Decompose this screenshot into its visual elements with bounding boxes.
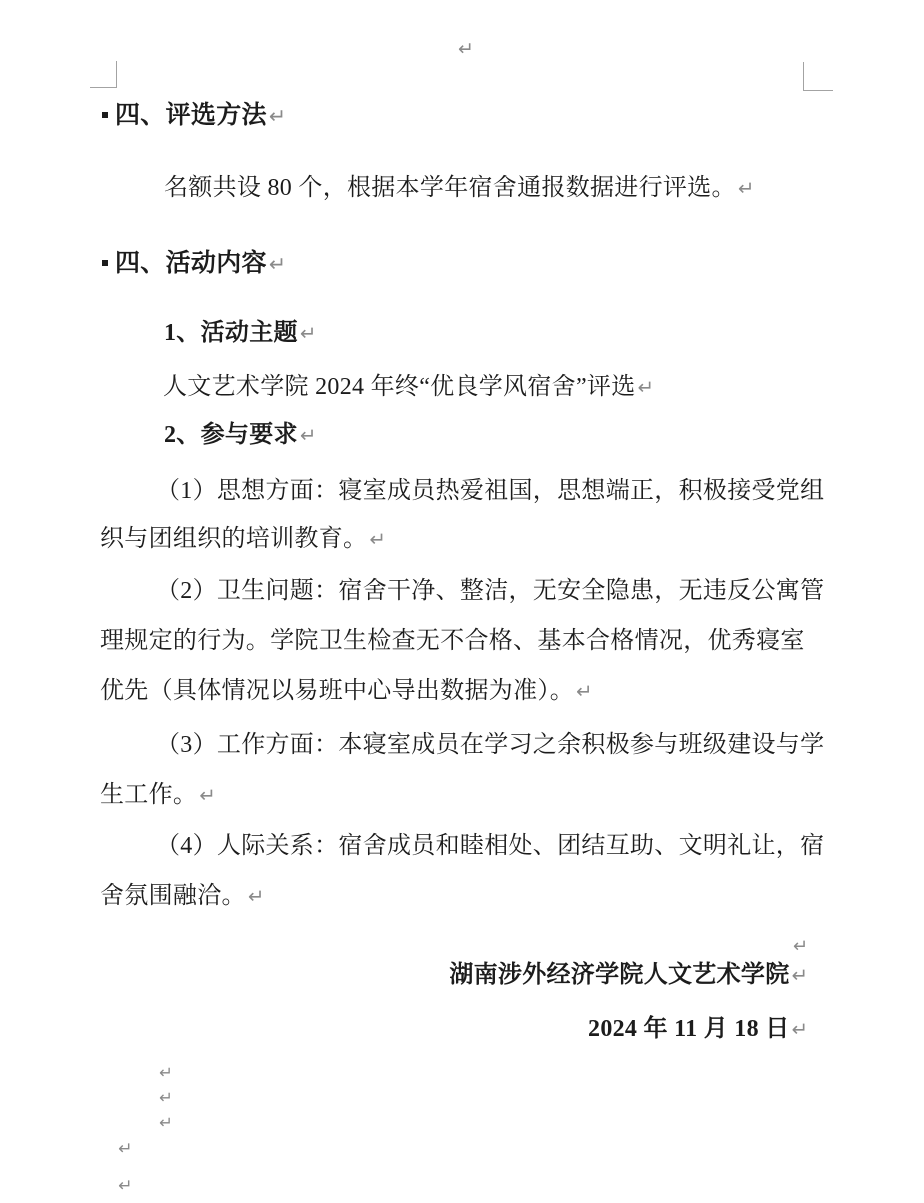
date-line: 2024 年 11 月 18 日↵ [588, 1017, 808, 1041]
empty-paragraph-4: ↵ [116, 1137, 132, 1158]
paragraph-mark-icon: ↵ [159, 1063, 173, 1082]
body-mingehongshe: 名额共设 80 个，根据本学年宿舍通报数据进行评选。↵ [164, 176, 754, 200]
line-text: （4）人际关系：宿舍成员和睦相处、团结互助、文明礼让，宿 [156, 833, 824, 859]
heading-pingxuan-fangfa: 四、评选方法↵ [115, 103, 286, 128]
paragraph-mark-icon: ↵ [638, 376, 654, 399]
subheading-huodong-zhuti: 1、活动主题↵ [164, 321, 316, 345]
paragraph-mark-icon: ↵ [269, 252, 286, 276]
empty-paragraph-1: ↵ [157, 1062, 173, 1082]
body-item3-line2: 生工作。↵ [100, 783, 216, 807]
line-text: 织与团组织的培训教育。 [100, 526, 367, 552]
line-text: 理规定的行为。学院卫生检查无不合格、基本合格情况，优秀寝室 [100, 628, 805, 654]
empty-paragraph-3: ↵ [157, 1112, 173, 1132]
body-item2-line2: 理规定的行为。学院卫生检查无不合格、基本合格情况，优秀寝室 [100, 629, 805, 653]
line-text: 名额共设 80 个，根据本学年宿舍通报数据进行评选。 [164, 175, 736, 201]
paragraph-mark-icon: ↵ [300, 322, 316, 345]
subheading-canyu-yaoqiu: 2、参与要求↵ [164, 423, 316, 447]
line-text: 湖南涉外经济学院人文艺术学院 [449, 962, 789, 988]
heading-bullet-square [102, 260, 108, 266]
paragraph-mark-icon: ↵ [792, 1018, 808, 1041]
empty-paragraph-2: ↵ [157, 1087, 173, 1107]
line-text: 2、参与要求 [164, 422, 298, 448]
paragraph-mark-icon: ↵ [369, 528, 385, 551]
body-huodong-zhuti-text: 人文艺术学院 2024 年终“优良学风宿舍”评选↵ [163, 375, 654, 399]
heading-bullet-square [102, 112, 108, 118]
heading-huodong-neirong: 四、活动内容↵ [115, 251, 286, 276]
empty-paragraph-right: ↵ [791, 934, 808, 956]
paragraph-mark-icon: ↵ [792, 964, 808, 987]
body-item4-line1: （4）人际关系：宿舍成员和睦相处、团结互助、文明礼让，宿 [156, 834, 824, 858]
paragraph-mark-icon: ↵ [159, 1113, 173, 1132]
paragraph-mark-icon: ↵ [118, 1176, 132, 1196]
body-item1-line2: 织与团组织的培训教育。↵ [100, 527, 386, 551]
line-text: （3）工作方面：本寝室成员在学习之余积极参与班级建设与学 [156, 732, 824, 758]
paragraph-mark-icon: ↵ [159, 1088, 173, 1107]
line-text: 四、活动内容 [115, 250, 267, 277]
paragraph-mark-icon: ↵ [248, 885, 264, 908]
crop-mark-top-left [90, 61, 117, 88]
body-item4-line2: 舍氛围融洽。↵ [100, 884, 264, 908]
header-paragraph-mark-icon: ↵ [458, 40, 474, 59]
line-text: （2）卫生问题：宿舍干净、整洁，无安全隐患，无违反公寓管 [156, 578, 824, 604]
line-text: 四、评选方法 [115, 102, 267, 129]
line-text: 舍氛围融洽。 [100, 883, 246, 909]
paragraph-mark-icon: ↵ [793, 936, 808, 957]
line-text: 优先（具体情况以易班中心导出数据为准）。 [100, 678, 574, 704]
empty-paragraph-5: ↵ [116, 1174, 132, 1195]
crop-mark-top-right [803, 62, 833, 91]
body-item3-line1: （3）工作方面：本寝室成员在学习之余积极参与班级建设与学 [156, 733, 824, 757]
line-text: 人文艺术学院 2024 年终“优良学风宿舍”评选 [163, 374, 636, 400]
line-text: 1、活动主题 [164, 320, 298, 346]
paragraph-mark-icon: ↵ [269, 104, 286, 128]
line-text: （1）思想方面：寝室成员热爱祖国，思想端正，积极接受党组 [156, 478, 824, 504]
paragraph-mark-icon: ↵ [738, 177, 754, 200]
body-item1-line1: （1）思想方面：寝室成员热爱祖国，思想端正，积极接受党组 [156, 479, 824, 503]
paragraph-mark-icon: ↵ [199, 784, 215, 807]
paragraph-mark-icon: ↵ [118, 1139, 132, 1159]
signature-line: 湖南涉外经济学院人文艺术学院↵ [449, 963, 808, 987]
body-item2-line3: 优先（具体情况以易班中心导出数据为准）。↵ [100, 679, 592, 703]
body-item2-line1: （2）卫生问题：宿舍干净、整洁，无安全隐患，无违反公寓管 [156, 579, 824, 603]
line-text: 生工作。 [100, 782, 197, 808]
line-text: 2024 年 11 月 18 日 [588, 1016, 789, 1042]
paragraph-mark-icon: ↵ [300, 424, 316, 447]
word-document-page: ↵ 四、评选方法↵名额共设 80 个，根据本学年宿舍通报数据进行评选。↵四、活动… [0, 0, 924, 1203]
paragraph-mark-icon: ↵ [576, 680, 592, 703]
